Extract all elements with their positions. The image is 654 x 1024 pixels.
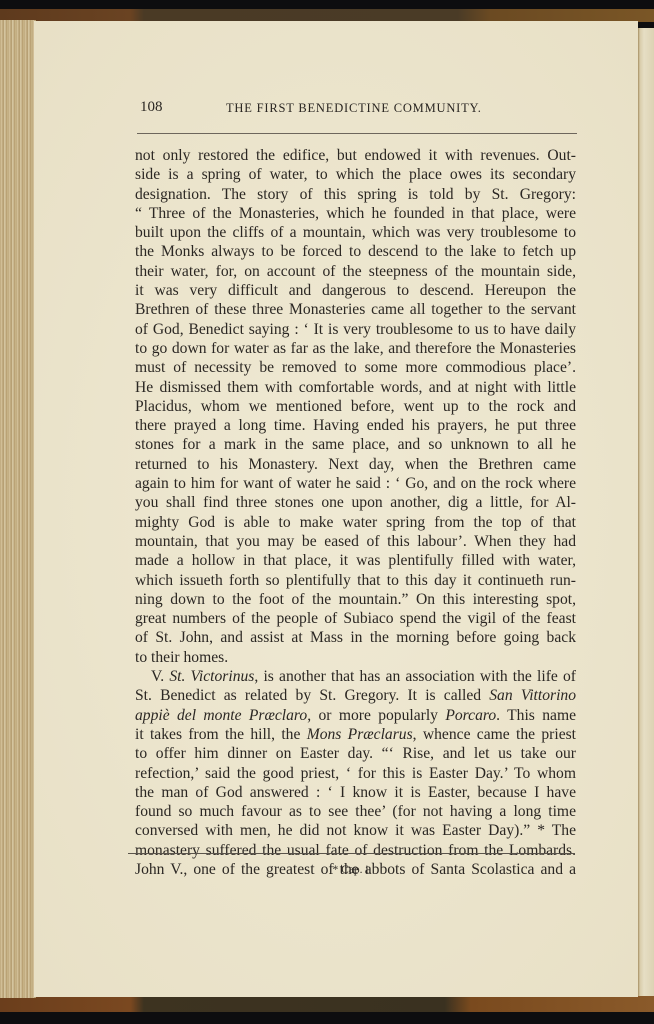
text-line: made a hollow in that place, it was plen… bbox=[135, 551, 576, 570]
text-line: of St. John, and assist at Mass in the m… bbox=[135, 628, 576, 647]
text-line: to go down for water as far as the lake,… bbox=[135, 339, 576, 358]
italic-term: Mons Præclarus bbox=[307, 726, 413, 743]
text-line: there prayed a long time. Having ended h… bbox=[135, 416, 576, 435]
text-line: not only restored the edifice, but endow… bbox=[135, 146, 576, 165]
italic-term: St. Victorinus bbox=[169, 668, 254, 685]
text-line: returned to his Monastery. Next day, whe… bbox=[135, 455, 576, 474]
text-line: again to him for want of water he said :… bbox=[135, 474, 576, 493]
text-line: of God, Benedict saying : ‘ It is very t… bbox=[135, 320, 576, 339]
book-cover-bottom-edge bbox=[0, 996, 654, 1012]
text-line: “ Three of the Monasteries, which he fou… bbox=[135, 204, 576, 223]
text-line: it was very difficult and dangerous to d… bbox=[135, 281, 576, 300]
footnote: * Cap. i. bbox=[0, 864, 654, 876]
text-span: V. bbox=[151, 668, 169, 685]
text-line: monastery suffered the usual fate of des… bbox=[135, 841, 576, 860]
text-line: St. Benedict as related by St. Gregory. … bbox=[135, 686, 576, 705]
text-line: mountain, that you may be eased of this … bbox=[135, 532, 576, 551]
text-line: conversed with men, he did not know it w… bbox=[135, 821, 576, 840]
facing-page-edge bbox=[638, 28, 654, 996]
text-line: Placidus, whom we mentioned before, went… bbox=[135, 397, 576, 416]
text-line: He dismissed them with comfortable words… bbox=[135, 378, 576, 397]
body-text: not only restored the edifice, but endow… bbox=[135, 146, 576, 879]
text-line: to offer him dinner on Easter day. “‘ Ri… bbox=[135, 744, 576, 763]
header-rule bbox=[137, 133, 577, 134]
text-line: the man of God answered : ‘ I know it is… bbox=[135, 783, 576, 802]
text-line: to their homes. bbox=[135, 648, 576, 667]
text-line: ning down to the foot of the mountain.” … bbox=[135, 590, 576, 609]
text-line: designation. The story of this spring is… bbox=[135, 185, 576, 204]
text-span: it takes from the hill, the bbox=[135, 726, 307, 743]
text-line: found so much favour as to see thee’ (fo… bbox=[135, 802, 576, 821]
running-head: 108 THE FIRST BENEDICTINE COMMUNITY. bbox=[136, 99, 576, 119]
text-line: side is a spring of water, to which the … bbox=[135, 165, 576, 184]
text-line: the Monks always to be forced to descend… bbox=[135, 242, 576, 261]
text-line: refection,’ said the good priest, ‘ for … bbox=[135, 764, 576, 783]
running-title: THE FIRST BENEDICTINE COMMUNITY. bbox=[226, 101, 482, 116]
text-line: Brethren of these three Monasteries came… bbox=[135, 300, 576, 319]
footnote-rule bbox=[128, 853, 575, 854]
italic-term: San Vittorino bbox=[489, 687, 576, 704]
text-span: , whence came the priest bbox=[413, 726, 576, 743]
text-line: it takes from the hill, the Mons Præclar… bbox=[135, 725, 576, 744]
text-line: stones for a mark in the same place, and… bbox=[135, 435, 576, 454]
text-line: appiè del monte Præclaro, or more popula… bbox=[135, 706, 576, 725]
text-line: built upon the cliffs of a mountain, whi… bbox=[135, 223, 576, 242]
text-line: which issueth forth so plentifully that … bbox=[135, 571, 576, 590]
text-line: great numbers of the people of Subiaco s… bbox=[135, 609, 576, 628]
text-line: you shall find three stones one upon ano… bbox=[135, 493, 576, 512]
text-line: their water, for, on account of the stee… bbox=[135, 262, 576, 281]
text-line: must of necessity be removed to some mor… bbox=[135, 358, 576, 377]
italic-term: appiè del monte Præclaro bbox=[135, 707, 307, 724]
text-span: , or more popularly bbox=[307, 707, 445, 724]
page-number: 108 bbox=[140, 99, 163, 116]
text-span: , is another that has an association wit… bbox=[254, 668, 576, 685]
text-line: mighty God is able to make water spring … bbox=[135, 513, 576, 532]
text-span: . This name bbox=[496, 707, 576, 724]
page-stack-edges bbox=[0, 20, 36, 998]
text-span: St. Benedict as related by St. Gregory. … bbox=[135, 687, 489, 704]
italic-term: Porcaro bbox=[445, 707, 496, 724]
paragraph-v-line: V. St. Victorinus, is another that has a… bbox=[135, 667, 576, 686]
